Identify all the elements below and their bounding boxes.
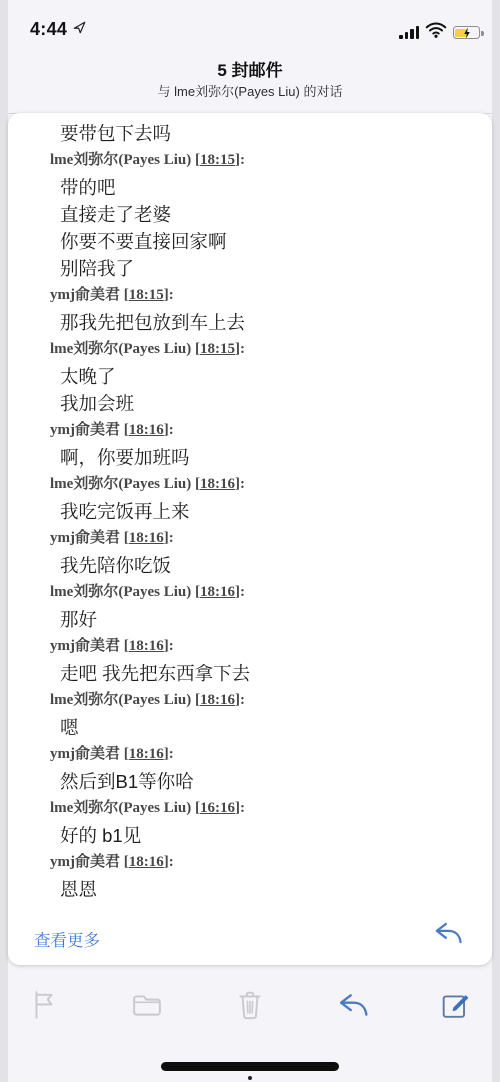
reply-icon bbox=[336, 991, 370, 1024]
message-sender: lme刘弥尔(Payes Liu) [18:15]: bbox=[8, 147, 478, 174]
timestamp-link[interactable]: 18:16 bbox=[200, 476, 235, 492]
status-bar: 4:44 bbox=[8, 0, 492, 55]
message-group: lme刘弥尔(Payes Liu) [18:16]:嗯 bbox=[8, 687, 478, 741]
sender-name: ymj俞美君 bbox=[50, 530, 120, 546]
message-text: 恩恩 bbox=[8, 876, 478, 903]
timestamp-link[interactable]: 18:15 bbox=[129, 287, 164, 303]
message-group: ymj俞美君 [18:16]:恩恩 bbox=[8, 849, 478, 903]
timestamp-link[interactable]: 18:15 bbox=[200, 152, 235, 168]
message-sender: ymj俞美君 [18:15]: bbox=[8, 282, 478, 309]
nav-bar: 294 5 封邮件 与 lme刘弥尔(Payes Liu) 的对话 bbox=[8, 55, 492, 114]
message-text: 你要不要直接回家啊 bbox=[8, 228, 478, 255]
message-group: lme刘弥尔(Payes Liu) [18:15]:太晚了我加会班 bbox=[8, 336, 478, 417]
message-text: 带的吧 bbox=[8, 174, 478, 201]
email-conversation-card: 要带包下去吗lme刘弥尔(Payes Liu) [18:15]:带的吧直接走了老… bbox=[8, 113, 492, 965]
phone-screen: 4:44 bbox=[8, 0, 492, 1082]
sender-name: ymj俞美君 bbox=[50, 638, 120, 654]
reply-icon[interactable] bbox=[432, 920, 464, 951]
trash-icon bbox=[237, 990, 263, 1025]
message-sender: ymj俞美君 [18:16]: bbox=[8, 633, 478, 660]
flag-button[interactable] bbox=[24, 987, 64, 1027]
location-arrow-icon bbox=[72, 19, 87, 40]
sender-name: ymj俞美君 bbox=[50, 287, 120, 303]
sender-name: lme刘弥尔(Payes Liu) bbox=[50, 152, 191, 168]
status-time: 4:44 bbox=[30, 19, 87, 40]
sender-name: lme刘弥尔(Payes Liu) bbox=[50, 584, 191, 600]
message-text: 好的 b1见 bbox=[8, 822, 478, 849]
message-text: 直接走了老婆 bbox=[8, 201, 478, 228]
message-sender: ymj俞美君 [18:16]: bbox=[8, 741, 478, 768]
message-text: 别陪我了 bbox=[8, 255, 478, 282]
clock-text: 4:44 bbox=[30, 19, 67, 40]
message-group: ymj俞美君 [18:16]:我先陪你吃饭 bbox=[8, 525, 478, 579]
battery-charging-icon bbox=[453, 26, 480, 39]
see-more-link[interactable]: 查看更多 bbox=[34, 927, 100, 951]
compose-button[interactable] bbox=[436, 987, 476, 1027]
home-indicator[interactable] bbox=[161, 1062, 339, 1071]
timestamp-link[interactable]: 18:16 bbox=[129, 422, 164, 438]
message-text: 要带包下去吗 bbox=[8, 120, 478, 147]
message-sender: lme刘弥尔(Payes Liu) [16:16]: bbox=[8, 795, 478, 822]
message-text: 那我先把包放到车上去 bbox=[8, 309, 478, 336]
reply-button[interactable] bbox=[333, 987, 373, 1027]
mail-toolbar bbox=[8, 975, 492, 1039]
message-group: ymj俞美君 [18:15]:那我先把包放到车上去 bbox=[8, 282, 478, 336]
timestamp-link[interactable]: 18:16 bbox=[129, 530, 164, 546]
folder-icon bbox=[132, 993, 162, 1022]
message-text: 太晚了 bbox=[8, 363, 478, 390]
timestamp-link[interactable]: 16:16 bbox=[200, 800, 235, 816]
timestamp-link[interactable]: 18:15 bbox=[200, 341, 235, 357]
message-sender: lme刘弥尔(Payes Liu) [18:16]: bbox=[8, 471, 478, 498]
message-sender: ymj俞美君 [18:16]: bbox=[8, 417, 478, 444]
message-sender: ymj俞美君 [18:16]: bbox=[8, 849, 478, 876]
message-sender: lme刘弥尔(Payes Liu) [18:16]: bbox=[8, 687, 478, 714]
wifi-icon bbox=[425, 22, 447, 43]
delete-button[interactable] bbox=[230, 987, 270, 1027]
message-group: ymj俞美君 [18:16]:走吧 我先把东西拿下去 bbox=[8, 633, 478, 687]
message-text: 走吧 我先把东西拿下去 bbox=[8, 660, 478, 687]
message-text: 我先陪你吃饭 bbox=[8, 552, 478, 579]
timestamp-link[interactable]: 18:16 bbox=[200, 692, 235, 708]
sender-name: lme刘弥尔(Payes Liu) bbox=[50, 692, 191, 708]
sender-name: lme刘弥尔(Payes Liu) bbox=[50, 341, 191, 357]
message-list: 要带包下去吗lme刘弥尔(Payes Liu) [18:15]:带的吧直接走了老… bbox=[8, 120, 478, 914]
message-group: lme刘弥尔(Payes Liu) [18:16]:那好 bbox=[8, 579, 478, 633]
message-group: ymj俞美君 [18:16]:啊，你要加班吗 bbox=[8, 417, 478, 471]
sender-name: ymj俞美君 bbox=[50, 746, 120, 762]
flag-icon bbox=[31, 990, 57, 1025]
message-text: 我吃完饭再上来 bbox=[8, 498, 478, 525]
timestamp-link[interactable]: 18:16 bbox=[129, 746, 164, 762]
message-text: 然后到B1等你哈 bbox=[8, 768, 478, 795]
timestamp-link[interactable]: 18:16 bbox=[129, 638, 164, 654]
page-subtitle: 与 lme刘弥尔(Payes Liu) 的对话 bbox=[98, 83, 402, 101]
sender-name: ymj俞美君 bbox=[50, 854, 120, 870]
message-sender: ymj俞美君 [18:16]: bbox=[8, 525, 478, 552]
message-group: lme刘弥尔(Payes Liu) [18:16]:我吃完饭再上来 bbox=[8, 471, 478, 525]
message-group: lme刘弥尔(Payes Liu) [18:15]:带的吧直接走了老婆你要不要直… bbox=[8, 147, 478, 282]
move-to-folder-button[interactable] bbox=[127, 987, 167, 1027]
compose-icon bbox=[441, 990, 471, 1025]
sender-name: lme刘弥尔(Payes Liu) bbox=[50, 800, 191, 816]
message-text: 我加会班 bbox=[8, 390, 478, 417]
sender-name: lme刘弥尔(Payes Liu) bbox=[50, 476, 191, 492]
message-text: 那好 bbox=[8, 606, 478, 633]
message-text: 嗯 bbox=[8, 714, 478, 741]
home-dot bbox=[248, 1076, 252, 1080]
message-text: 啊，你要加班吗 bbox=[8, 444, 478, 471]
page-title: 5 封邮件 bbox=[98, 60, 402, 82]
signal-strength-icon bbox=[399, 26, 419, 39]
timestamp-link[interactable]: 18:16 bbox=[129, 854, 164, 870]
message-group: lme刘弥尔(Payes Liu) [16:16]:好的 b1见 bbox=[8, 795, 478, 849]
message-group: ymj俞美君 [18:16]:然后到B1等你哈 bbox=[8, 741, 478, 795]
message-sender: lme刘弥尔(Payes Liu) [18:15]: bbox=[8, 336, 478, 363]
message-sender: lme刘弥尔(Payes Liu) [18:16]: bbox=[8, 579, 478, 606]
sender-name: ymj俞美君 bbox=[50, 422, 120, 438]
timestamp-link[interactable]: 18:16 bbox=[200, 584, 235, 600]
